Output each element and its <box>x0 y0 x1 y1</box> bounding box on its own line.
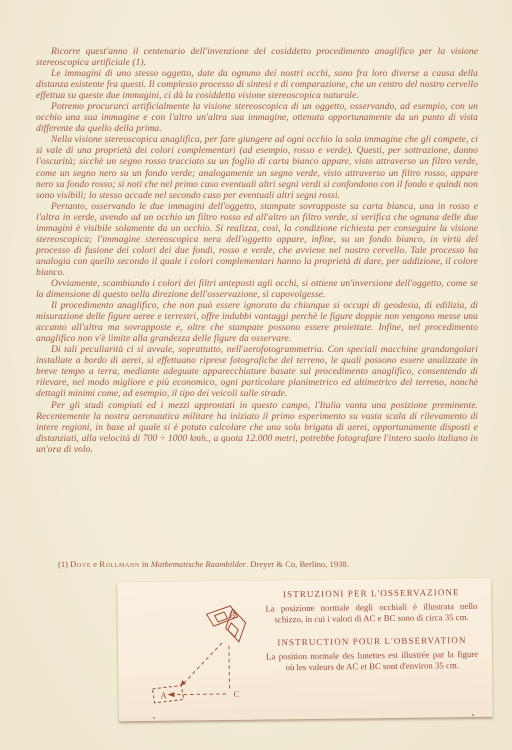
instructions-french: INSTRUCTION POUR L'OBSERVATION La positi… <box>266 635 478 674</box>
italian-heading: ISTRUZIONI PER L'OSSERVAZIONE <box>265 587 477 601</box>
paragraph: Per gli studi compiuti ed i mezzi appron… <box>36 400 478 455</box>
sight-line-ab <box>182 643 222 684</box>
paragraph: Pertanto, osservando le due immagini del… <box>36 201 478 278</box>
instructions-italian: ISTRUZIONI PER L'OSSERVAZIONE La posizio… <box>265 587 477 626</box>
arrowhead-to-a-horizontal <box>168 692 175 697</box>
french-heading: INSTRUCTION POUR L'OBSERVATION <box>266 635 478 649</box>
french-body: La position normale des lunettes est ill… <box>266 649 478 674</box>
sight-line-ac <box>171 694 229 695</box>
paragraph: Il procedimento anaglifico, che non può … <box>36 300 478 344</box>
footnote-author-1: Dove <box>70 559 91 569</box>
footnote-publisher: . Dreyer & Co, Berlino, 1938. <box>246 559 349 569</box>
footnote-in: in <box>140 559 151 569</box>
paragraph: Le immagini di uno stesso oggetto, date … <box>36 68 478 101</box>
paragraph: Ricorre quest'anno il centenario dell'in… <box>36 46 478 68</box>
sight-line-bc <box>229 646 230 689</box>
paragraph: Di tali peculiarità ci si avvale, soprat… <box>36 344 478 399</box>
footnote-book-title: Mathematische Raumbilder <box>151 559 246 569</box>
footnote: (1) Dove e Rollmann in Mathematische Rau… <box>58 559 478 569</box>
italian-body: La posizione normale degli occhiali è il… <box>265 601 477 626</box>
paper-speck <box>472 714 474 716</box>
scanned-book-page: Ricorre quest'anno il centenario dell'in… <box>0 0 512 750</box>
paragraph: Potremo procurarci artificialmente la vi… <box>36 101 478 134</box>
viewing-position-diagram: A B C <box>117 580 267 719</box>
paper-speck <box>153 717 155 719</box>
arrowhead-to-a-diagonal <box>180 680 186 686</box>
paragraph: Ovviamente, scambiando i colori dei filt… <box>36 278 478 300</box>
point-b-label: B <box>230 610 236 620</box>
instruction-text-column: ISTRUZIONI PER L'OSSERVAZIONE La posizio… <box>265 578 493 720</box>
anaglyph-glasses-icon <box>206 606 245 642</box>
footnote-marker: (1) <box>58 559 70 569</box>
footnote-author-2: Rollmann <box>99 559 140 569</box>
point-c-label: C <box>233 689 239 699</box>
point-a-label: A <box>160 690 167 700</box>
instruction-card: A B C ISTRUZIONI PER L'OSSERVAZIONE La p… <box>117 578 493 722</box>
paragraph: Nella visione stereoscopica anaglifica, … <box>36 134 478 200</box>
article-body: Ricorre quest'anno il centenario dell'in… <box>36 46 478 455</box>
